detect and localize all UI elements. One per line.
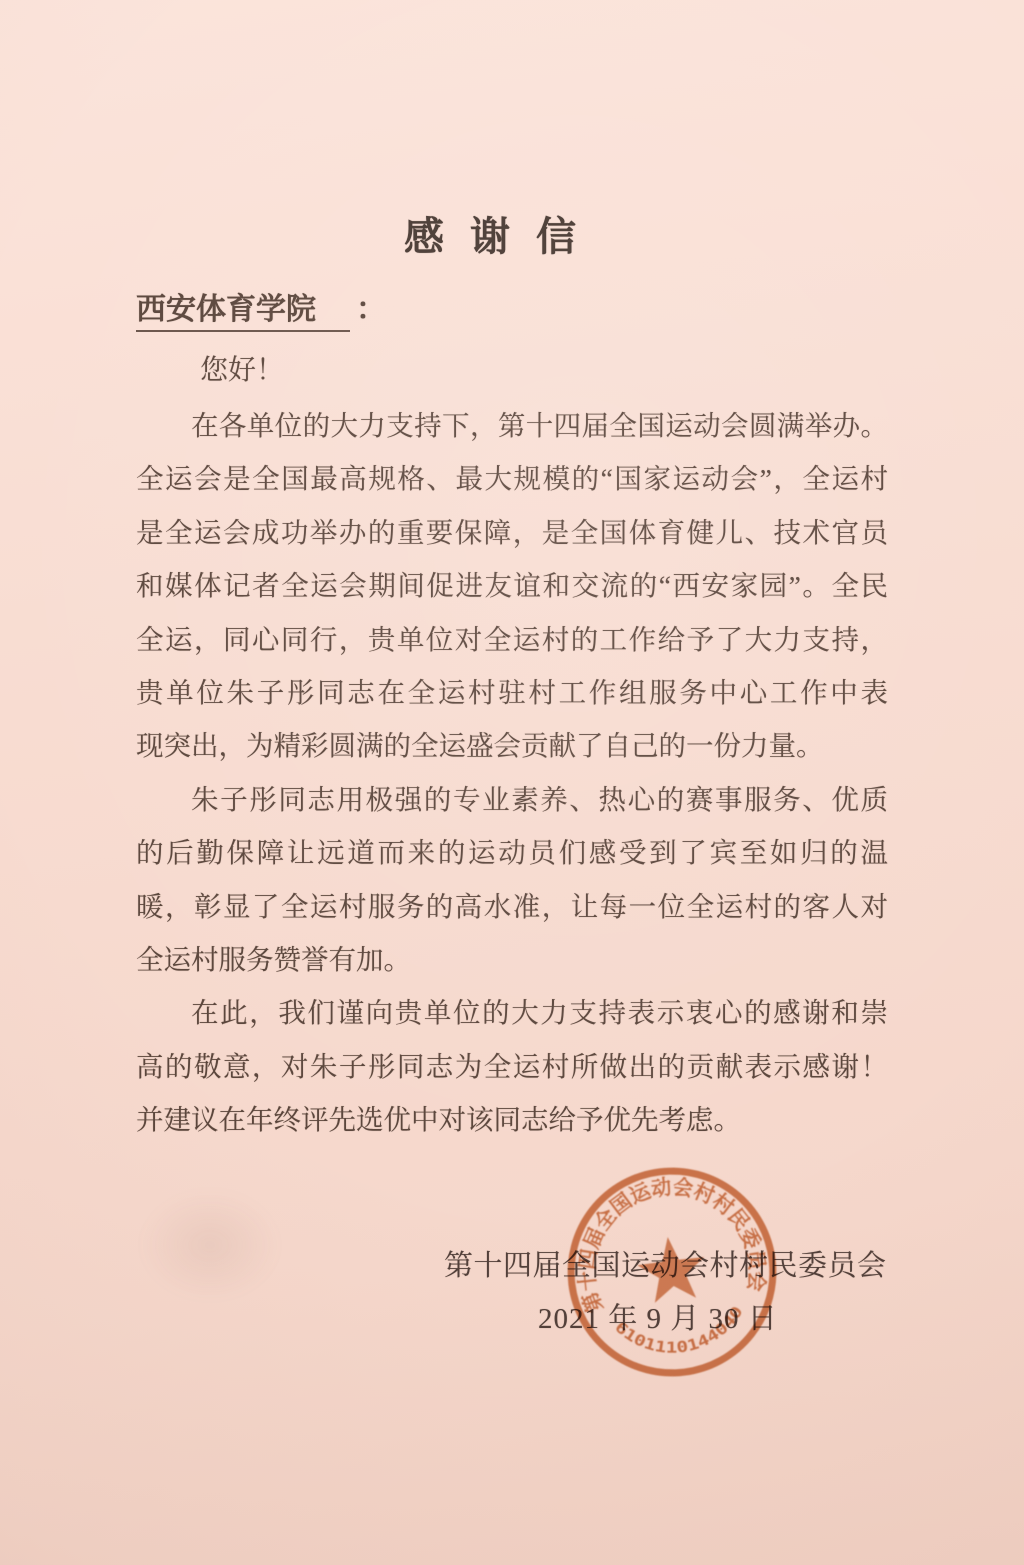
letter-body: 在各单位的大力支持下，第十四届全国运动会圆满举办。 全运会是全国最高规格、最大规…	[136, 399, 888, 1146]
letter-line: 现突出，为精彩圆满的全运盛会贡献了自己的一份力量。	[136, 719, 888, 772]
letter-line: 暖，彰显了全运村服务的高水准，让每一位全运村的客人对	[136, 880, 888, 933]
letter-paper: 感谢信 西安体育学院： 您好！ 在各单位的大力支持下，第十四届全国运动会圆满举办…	[0, 0, 1024, 1565]
letter-line: 全运会是全国最高规格、最大规模的“国家运动会”，全运村	[136, 452, 888, 505]
letter-line: 全运村服务赞誉有加。	[136, 933, 888, 986]
letter-line: 朱子彤同志用极强的专业素养、热心的赛事服务、优质	[136, 773, 888, 826]
official-seal: 第十四届全国运动会村村民委员会 6101110144040	[543, 1143, 802, 1402]
letter-line: 和媒体记者全运会期间促进友谊和交流的“西安家园”。全民	[136, 559, 888, 612]
recipient-name: 西安体育学院	[136, 284, 350, 332]
seal-star-icon	[634, 1233, 708, 1305]
letter-line: 贵单位朱子彤同志在全运村驻村工作组服务中心工作中表	[136, 666, 888, 719]
letter-line: 的后勤保障让远道而来的运动员们感受到了宾至如归的温	[136, 826, 888, 879]
letter-line: 是全运会成功举办的重要保障，是全国体育健儿、技术官员	[136, 506, 888, 559]
letter-title: 感谢信	[0, 205, 1010, 262]
greeting-text: 您好！	[200, 348, 284, 388]
letter-line: 全运，同心同行，贵单位对全运村的工作给予了大力支持，	[136, 613, 888, 666]
paper-smudge	[140, 1190, 280, 1300]
letter-line: 高的敬意，对朱子彤同志为全运村所做出的贡献表示感谢！	[136, 1040, 888, 1093]
letter-line: 在各单位的大力支持下，第十四届全国运动会圆满举办。	[136, 399, 888, 452]
salutation-row: 西安体育学院：	[136, 284, 386, 332]
letter-line: 在此，我们谨向贵单位的大力支持表示衷心的感谢和崇	[136, 986, 888, 1039]
salutation-colon: ：	[356, 293, 386, 326]
letter-line: 并建议在年终评先选优中对该同志给予优先考虑。	[136, 1093, 888, 1146]
